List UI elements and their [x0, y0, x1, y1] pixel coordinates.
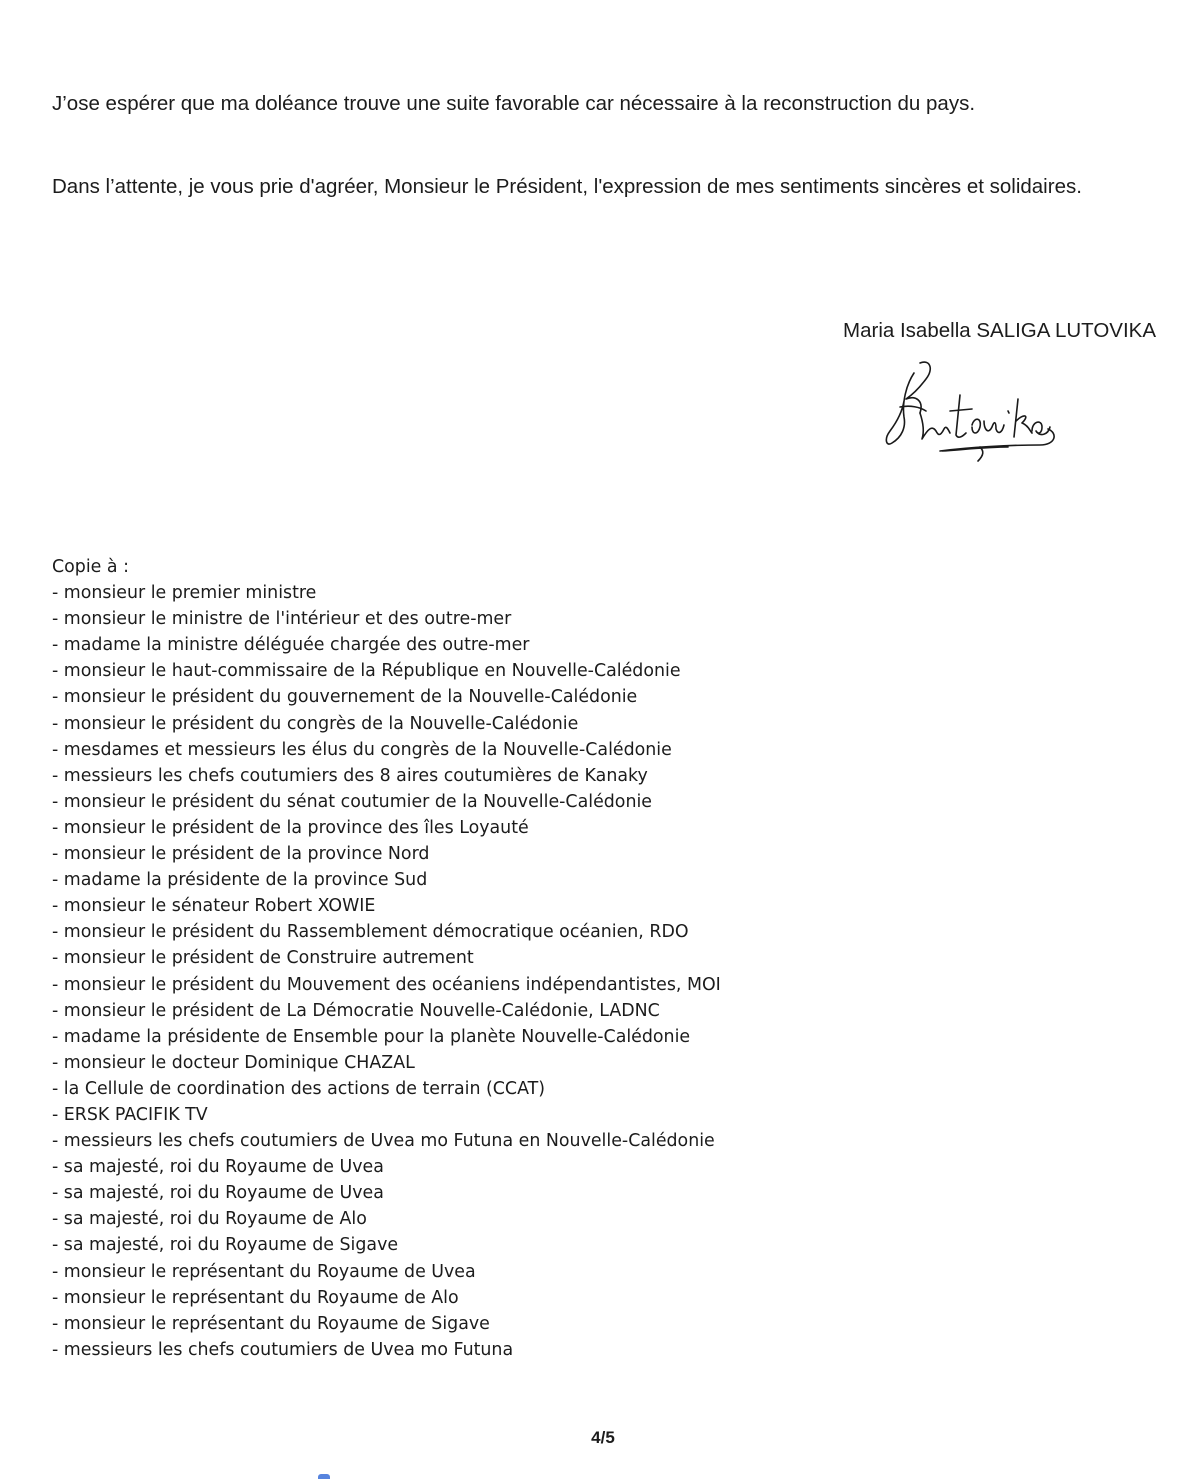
- handwritten-signature-icon: [880, 355, 1065, 465]
- cursor-mark-icon: [318, 1474, 330, 1479]
- recipient-item: - monsieur le président du gouvernement …: [52, 684, 721, 710]
- recipient-item: - monsieur le président du Rassemblement…: [52, 919, 721, 945]
- recipient-item: - monsieur le premier ministre: [52, 580, 721, 606]
- recipient-item: - monsieur le président de Construire au…: [52, 945, 721, 971]
- recipient-item: - messieurs les chefs coutumiers de Uvea…: [52, 1337, 721, 1363]
- recipient-list: - monsieur le premier ministre - monsieu…: [52, 580, 721, 1363]
- recipient-item: - sa majesté, roi du Royaume de Sigave: [52, 1232, 721, 1258]
- document-page: J’ose espérer que ma doléance trouve une…: [0, 0, 1200, 1479]
- copy-recipients-section: Copie à : - monsieur le premier ministre…: [52, 554, 721, 1363]
- recipient-item: - la Cellule de coordination des actions…: [52, 1076, 721, 1102]
- recipient-item: - monsieur le représentant du Royaume de…: [52, 1285, 721, 1311]
- copies-heading: Copie à :: [52, 554, 721, 580]
- recipient-item: - monsieur le haut-commissaire de la Rép…: [52, 658, 721, 684]
- recipient-item: - monsieur le président de la province N…: [52, 841, 721, 867]
- recipient-item: - monsieur le représentant du Royaume de…: [52, 1259, 721, 1285]
- recipient-item: - monsieur le ministre de l'intérieur et…: [52, 606, 721, 632]
- recipient-item: - monsieur le président de La Démocratie…: [52, 998, 721, 1024]
- recipient-item: - sa majesté, roi du Royaume de Uvea: [52, 1180, 721, 1206]
- recipient-item: - monsieur le président du sénat coutumi…: [52, 789, 721, 815]
- recipient-item: - messieurs les chefs coutumiers des 8 a…: [52, 763, 721, 789]
- recipient-item: - ERSK PACIFIK TV: [52, 1102, 721, 1128]
- recipient-item: - monsieur le président du congrès de la…: [52, 711, 721, 737]
- recipient-item: - messieurs les chefs coutumiers de Uvea…: [52, 1128, 721, 1154]
- recipient-item: - madame la présidente de Ensemble pour …: [52, 1024, 721, 1050]
- recipient-item: - monsieur le président du Mouvement des…: [52, 972, 721, 998]
- recipient-item: - madame la présidente de la province Su…: [52, 867, 721, 893]
- recipient-item: - sa majesté, roi du Royaume de Uvea: [52, 1154, 721, 1180]
- page-number: 4/5: [0, 1428, 1200, 1448]
- recipient-item: - monsieur le représentant du Royaume de…: [52, 1311, 721, 1337]
- recipient-item: - madame la ministre déléguée chargée de…: [52, 632, 721, 658]
- recipient-item: - monsieur le président de la province d…: [52, 815, 721, 841]
- recipient-item: - sa majesté, roi du Royaume de Alo: [52, 1206, 721, 1232]
- closing-paragraph-salutation: Dans l’attente, je vous prie d'agréer, M…: [52, 173, 1156, 201]
- recipient-item: - monsieur le sénateur Robert XOWIE: [52, 893, 721, 919]
- recipient-item: - monsieur le docteur Dominique CHAZAL: [52, 1050, 721, 1076]
- recipient-item: - mesdames et messieurs les élus du cong…: [52, 737, 721, 763]
- signer-name: Maria Isabella SALIGA LUTOVIKA: [843, 317, 1156, 345]
- closing-paragraph-hope: J’ose espérer que ma doléance trouve une…: [52, 90, 1156, 118]
